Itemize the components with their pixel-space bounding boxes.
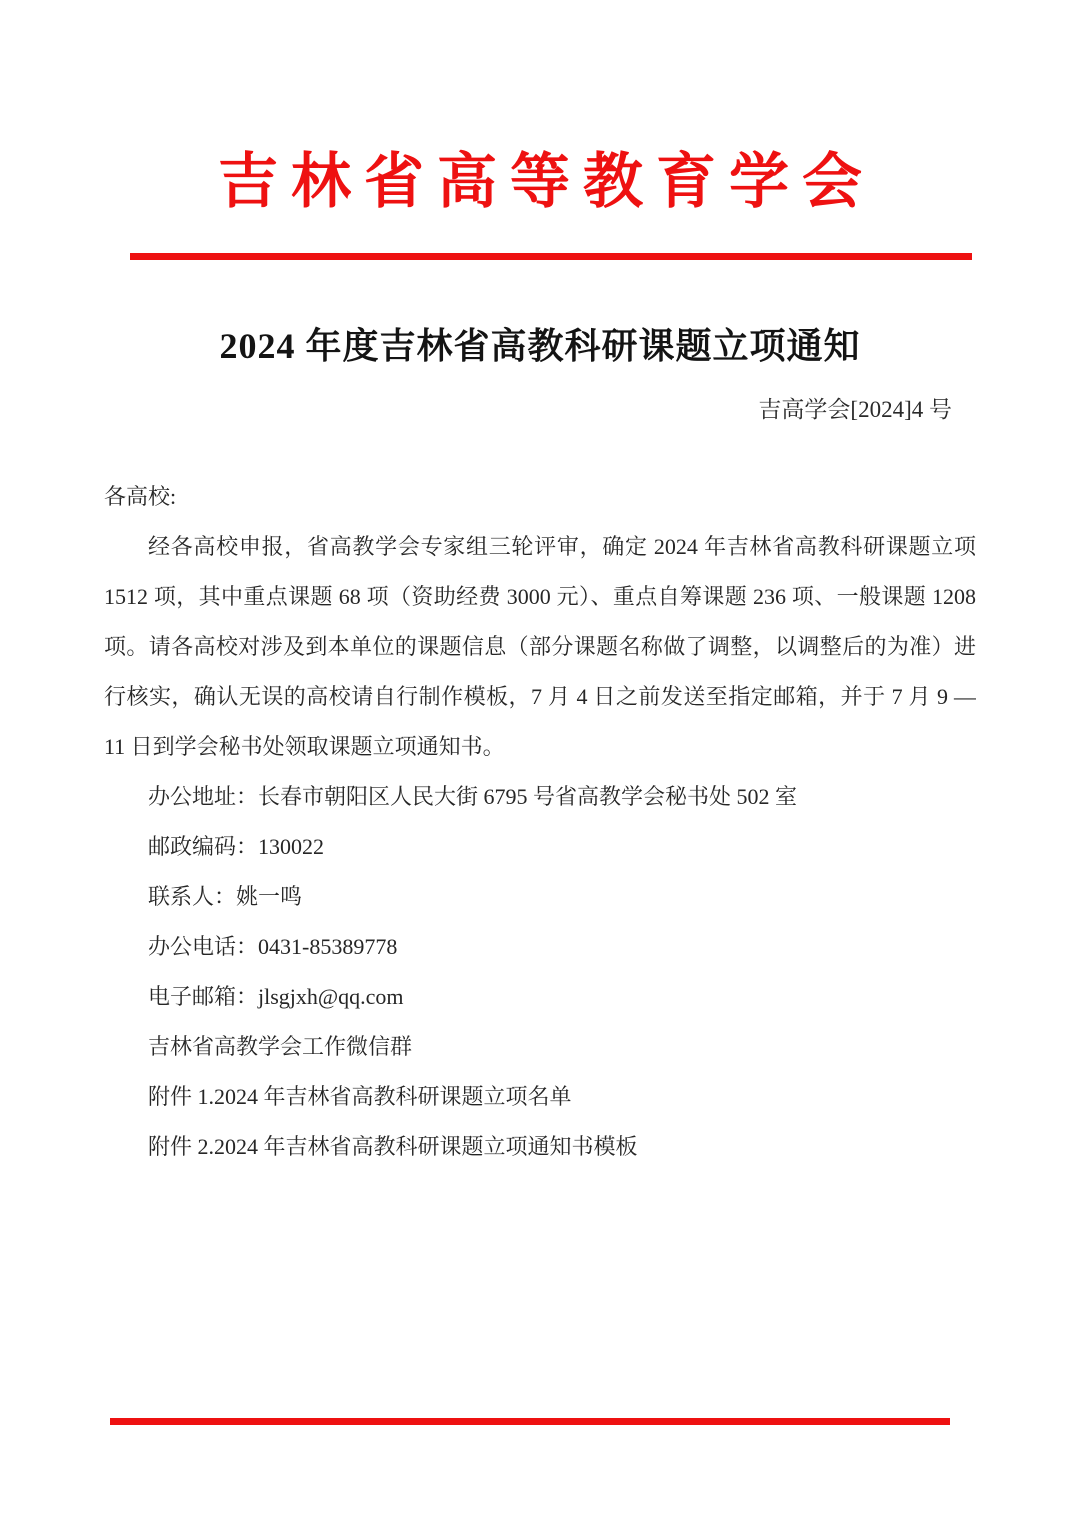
paragraph-line-4: 行核实，确认无误的高校请自行制作模板，7 月 4 日之前发送至指定邮箱，并于 7… bbox=[104, 672, 976, 722]
red-divider-top bbox=[130, 253, 972, 260]
info-line-postcode: 邮政编码：130022 bbox=[104, 822, 976, 872]
info-line-contact: 联系人：姚一鸣 bbox=[104, 872, 976, 922]
salutation: 各高校: bbox=[104, 472, 976, 522]
info-line-address: 办公地址：长春市朝阳区人民大街 6795 号省高教学会秘书处 502 室 bbox=[104, 772, 976, 822]
paragraph-line-2: 1512 项，其中重点课题 68 项（资助经费 3000 元）、重点自筹课题 2… bbox=[104, 572, 976, 622]
org-title: 吉林省高等教育学会 bbox=[0, 134, 1080, 220]
attachment-1: 附件 1.2024 年吉林省高教科研课题立项名单 bbox=[104, 1072, 976, 1122]
paragraph-line-3: 项。请各高校对涉及到本单位的课题信息（部分课题名称做了调整，以调整后的为准）进 bbox=[104, 622, 976, 672]
document-number: 吉高学会[2024]4 号 bbox=[0, 391, 1080, 424]
document-page: 吉林省高等教育学会 2024 年度吉林省高教科研课题立项通知 吉高学会[2024… bbox=[0, 0, 1080, 1521]
document-title: 2024 年度吉林省高教科研课题立项通知 bbox=[0, 318, 1080, 369]
document-body: 各高校: 经各高校申报，省高教学会专家组三轮评审，确定 2024 年吉林省高教科… bbox=[104, 472, 976, 1172]
info-line-wechat-group: 吉林省高教学会工作微信群 bbox=[104, 1022, 976, 1072]
paragraph-line-1: 经各高校申报，省高教学会专家组三轮评审，确定 2024 年吉林省高教科研课题立项 bbox=[104, 522, 976, 572]
info-line-email: 电子邮箱：jlsgjxh@qq.com bbox=[104, 972, 976, 1022]
paragraph-line-5: 11 日到学会秘书处领取课题立项通知书。 bbox=[104, 722, 976, 772]
red-divider-bottom bbox=[110, 1418, 950, 1425]
attachment-2: 附件 2.2024 年吉林省高教科研课题立项通知书模板 bbox=[104, 1122, 976, 1172]
info-line-phone: 办公电话：0431-85389778 bbox=[104, 922, 976, 972]
